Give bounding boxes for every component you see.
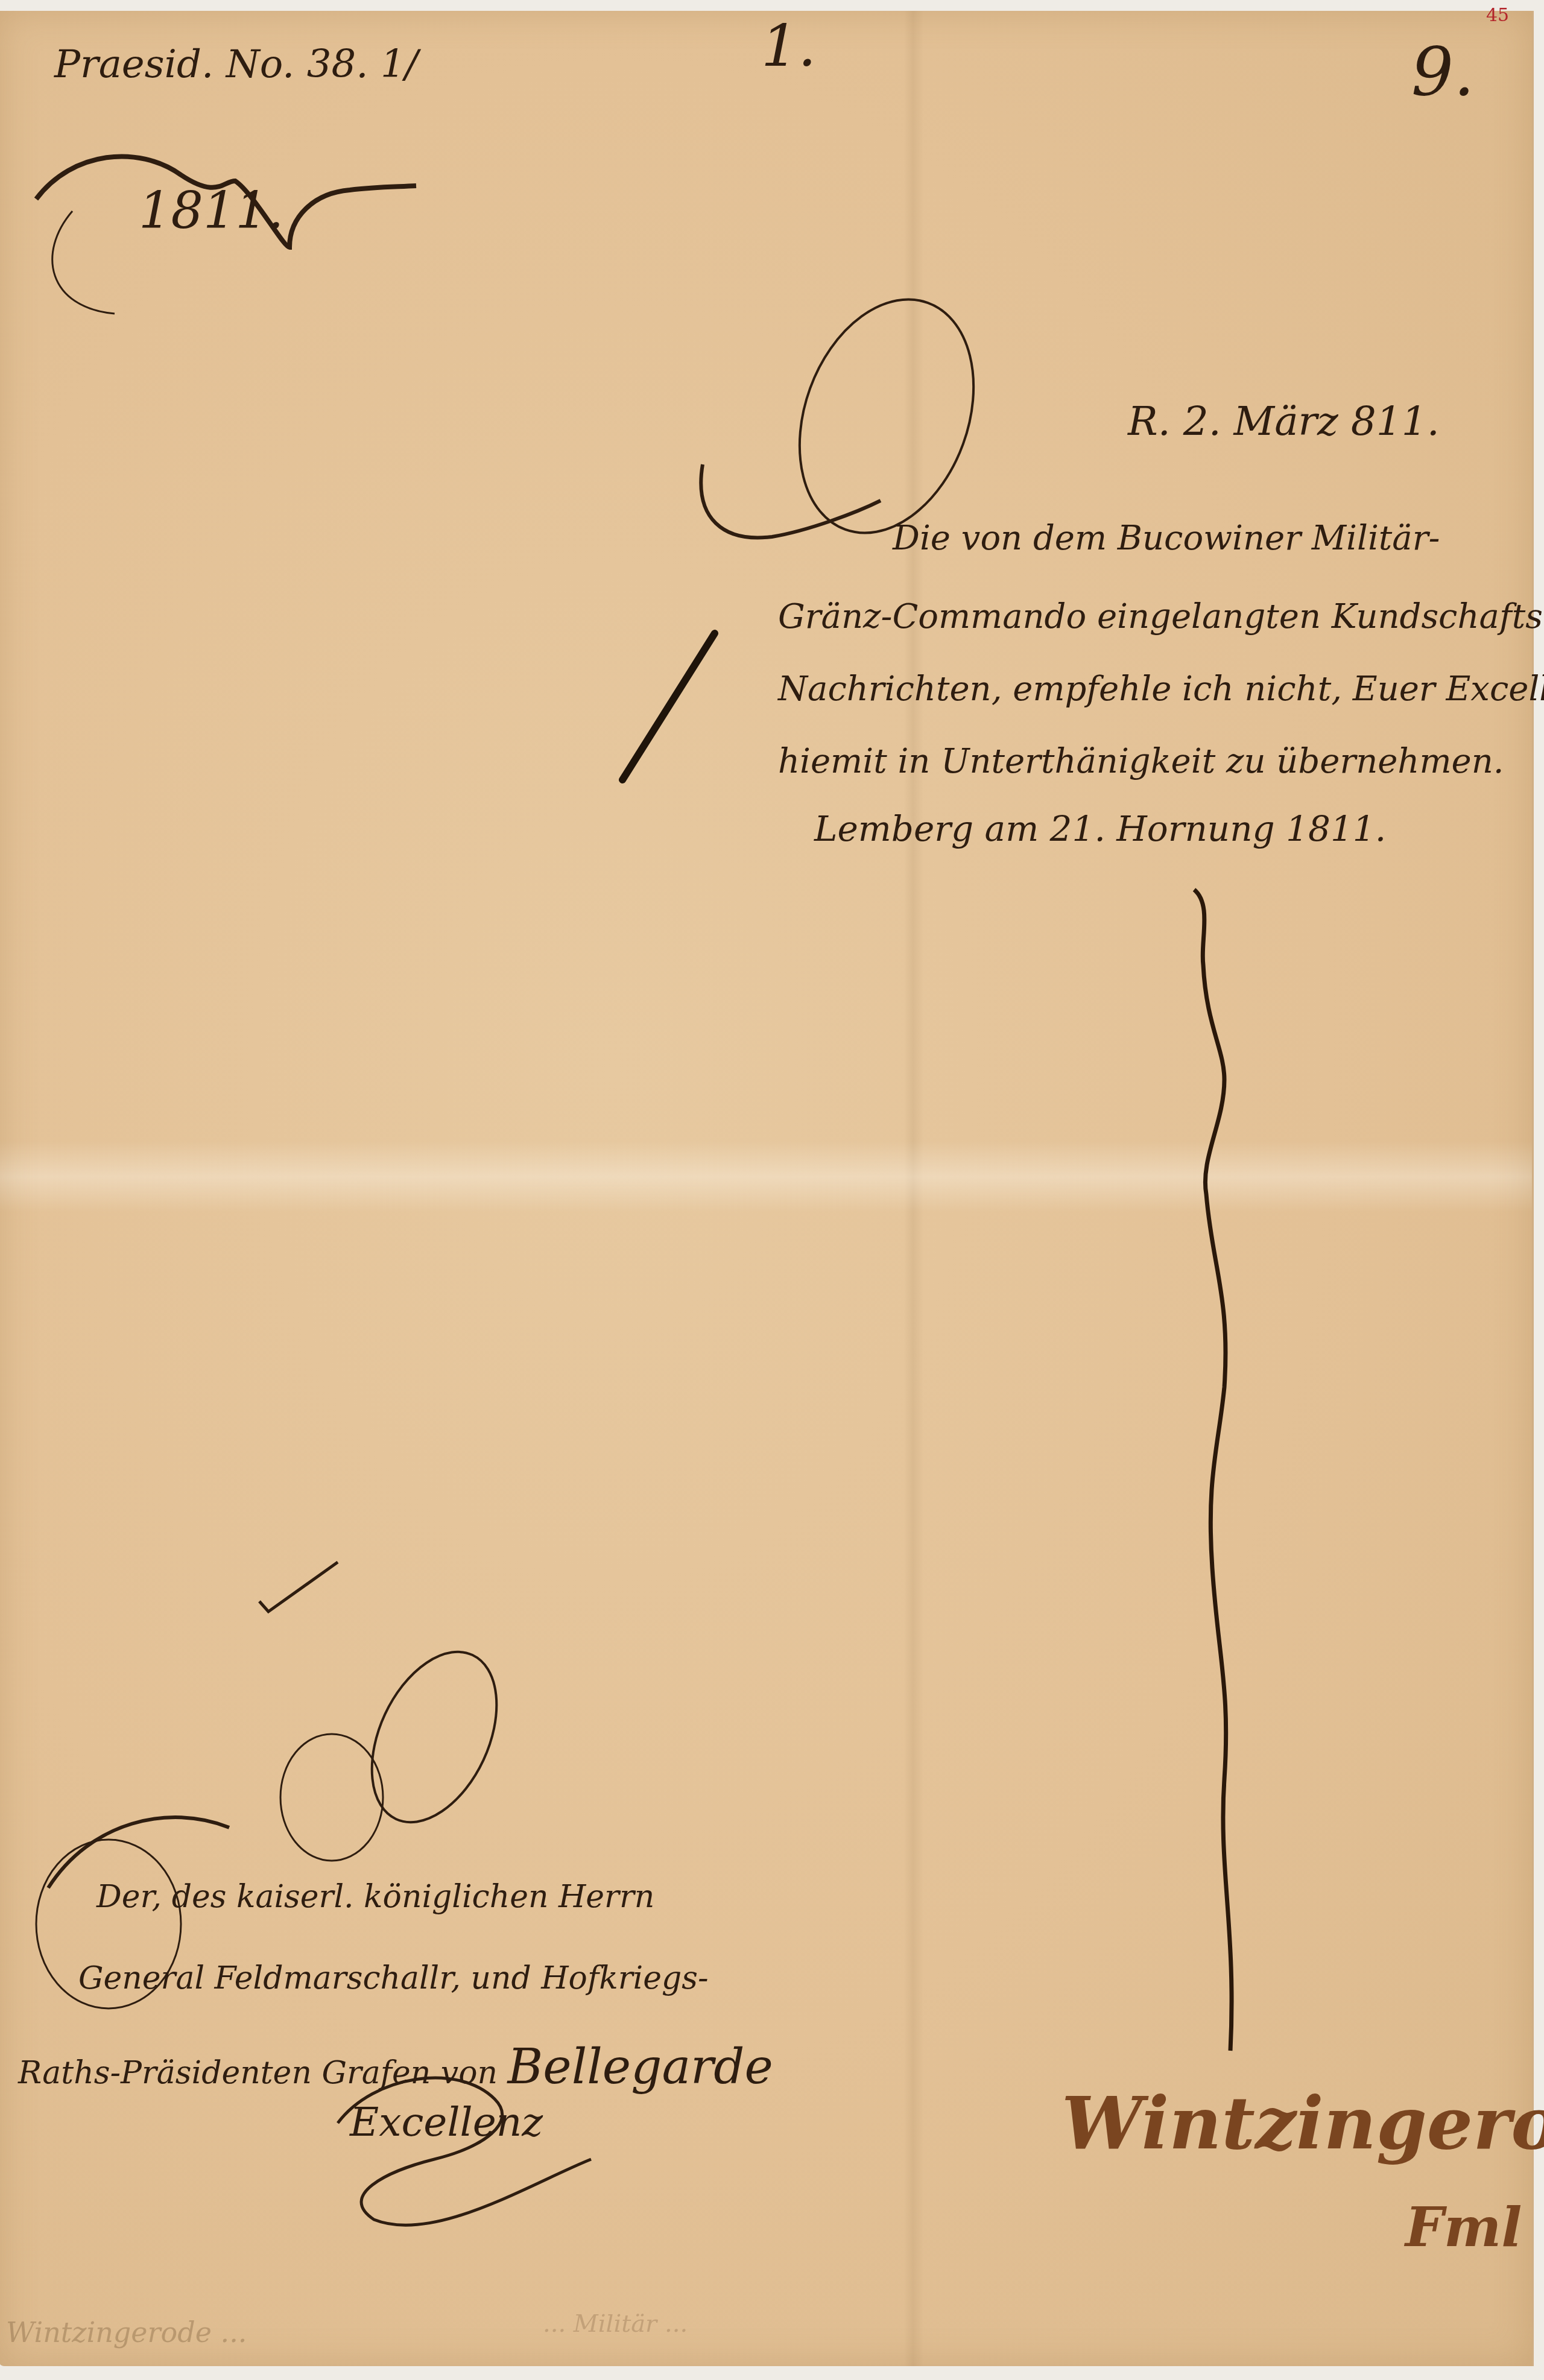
signature-rank: Fml (1405, 2195, 1522, 2259)
bleed-through-text: Wintzingerode ... (6, 2316, 247, 2349)
address-line: Der, des kaiserl. königlichen Herrn (96, 1879, 654, 1915)
manuscript-sheet (0, 11, 1534, 2366)
reference-number: Praesid. No. 38. 1/ (54, 42, 418, 87)
address-excellenz: Excellenz (350, 2099, 543, 2145)
received-note: R. 2. März 811. (1128, 398, 1440, 445)
archival-number: 45 (1486, 5, 1509, 26)
body-line: Nachrichten, empfehle ich nicht, Euer Ex… (778, 669, 1544, 709)
addressee-name: Bellegarde (508, 2039, 773, 2095)
address-line: Raths-Präsidenten Grafen von Bellegarde (18, 2039, 773, 2095)
bleed-through-text: ... Militär ... (543, 2310, 688, 2338)
signature: Wintzingerode (1061, 2081, 1544, 2166)
address-line-text: Raths-Präsidenten Grafen von (18, 2055, 498, 2091)
folio-mark-right: 9. (1411, 33, 1475, 110)
body-line: hiemit in Unterthänigkeit zu übernehmen. (778, 742, 1504, 781)
folio-mark-center: 1. (761, 12, 817, 80)
address-line: General Feldmarschallr, und Hofkriegs- (78, 1960, 708, 1996)
place-date: Lemberg am 21. Hornung 1811. (814, 808, 1386, 849)
body-line: Die von dem Bucowiner Militär- (893, 519, 1440, 558)
body-line: Gränz-Commando eingelangten Kundschafts- (778, 597, 1544, 636)
reference-year: 1811. (139, 181, 283, 240)
